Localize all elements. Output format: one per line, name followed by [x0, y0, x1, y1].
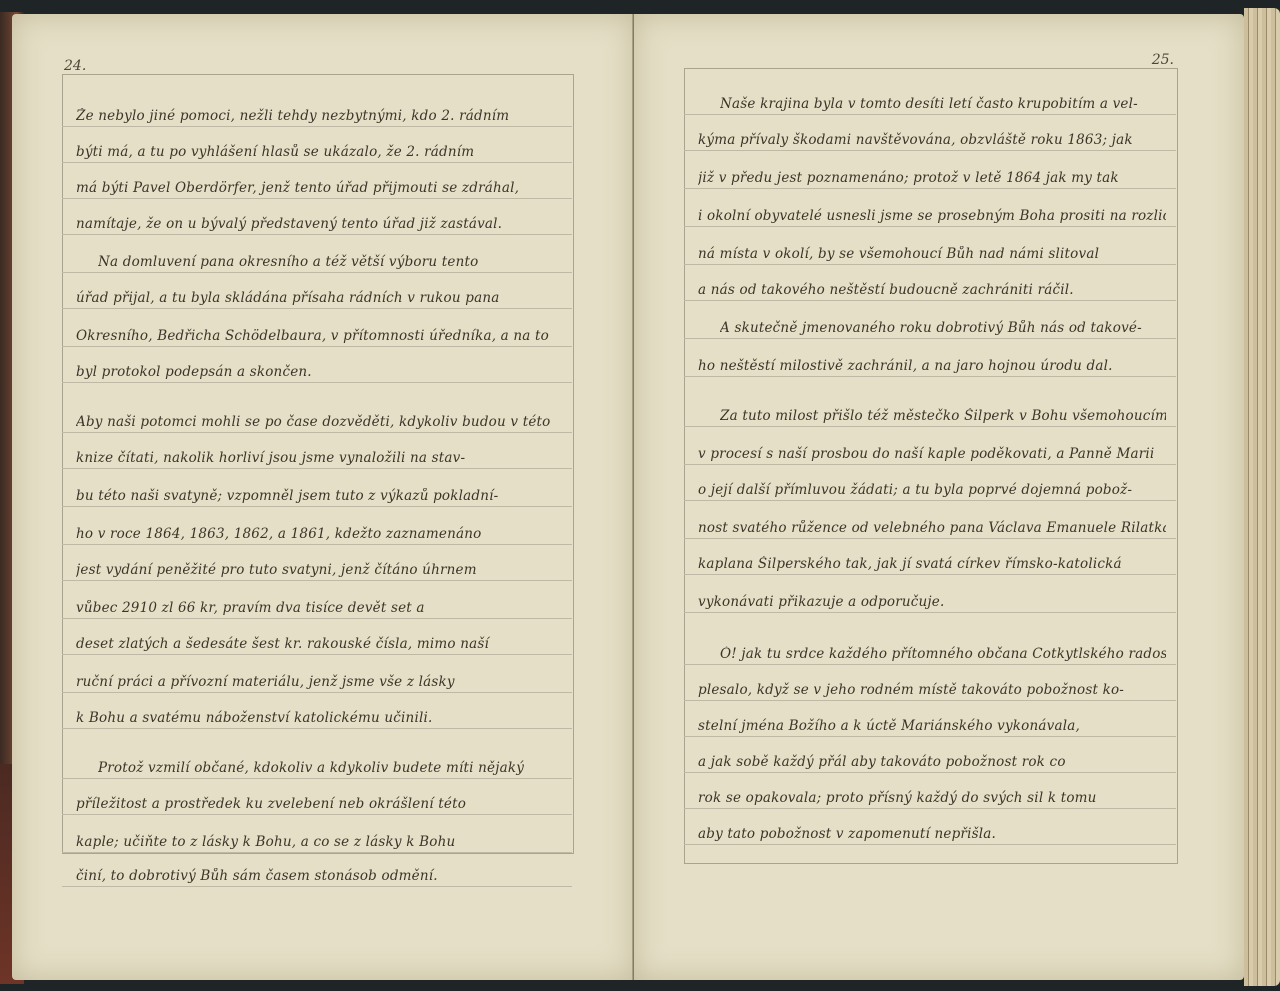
ruled-line — [684, 664, 1176, 665]
handwritten-line: v procesí s naší prosbou do naší kaple p… — [698, 446, 1166, 462]
ruled-line — [62, 382, 572, 383]
handwritten-line: Aby naši potomci mohli se po čase dozvěd… — [76, 414, 562, 430]
ruled-line — [62, 162, 572, 163]
handwritten-line: Okresního, Bedřicha Schödelbaura, v přít… — [76, 328, 562, 344]
ruled-line — [684, 772, 1176, 773]
handwritten-line: úřad přijal, a tu byla skládána přísaha … — [76, 290, 562, 306]
handwritten-line: a nás od takového neštěstí budoucně zach… — [698, 282, 1166, 298]
left-page: 24. Že nebylo jiné pomoci, nežli tehdy n… — [12, 14, 634, 980]
ruled-line — [684, 844, 1176, 845]
ruled-line — [62, 728, 572, 729]
handwritten-line: i okolní obyvatelé usnesli jsme se prose… — [698, 208, 1166, 224]
handwritten-line: Že nebylo jiné pomoci, nežli tehdy nezby… — [76, 108, 562, 124]
handwritten-line: má býti Pavel Oberdörfer, jenž tento úřa… — [76, 180, 562, 196]
ruled-line — [684, 338, 1176, 339]
handwritten-line: A skutečně jmenovaného roku dobrotivý Bů… — [720, 320, 1166, 336]
ruled-line — [62, 432, 572, 433]
ruled-line — [62, 618, 572, 619]
ruled-line — [684, 264, 1176, 265]
handwritten-line: jest vydání peněžité pro tuto svatyni, j… — [76, 562, 562, 578]
handwritten-line: Naše krajina byla v tomto desíti letí ča… — [720, 96, 1166, 112]
handwritten-line: bu této naši svatyně; vzpomněl jsem tuto… — [76, 488, 562, 504]
handwritten-line: rok se opakovala; proto přísný každý do … — [698, 790, 1166, 806]
handwritten-line: plesalo, když se v jeho rodném místě tak… — [698, 682, 1166, 698]
ruled-line — [62, 852, 572, 853]
ruled-line — [684, 700, 1176, 701]
handwritten-line: ho v roce 1864, 1863, 1862, a 1861, kdež… — [76, 526, 562, 542]
ruled-line — [684, 114, 1176, 115]
ruled-line — [62, 506, 572, 507]
handwritten-line: býti má, a tu po vyhlášení hlasů se ukáz… — [76, 144, 562, 160]
page-stack-edges — [1244, 8, 1280, 986]
handwritten-line: aby tato pobožnost v zapomenutí nepřišla… — [698, 826, 1166, 842]
handwritten-line: ná místa v okolí, by se všemohoucí Bůh n… — [698, 246, 1166, 262]
handwritten-line: již v předu jest poznamenáno; protož v l… — [698, 170, 1166, 186]
handwritten-line: činí, to dobrotivý Bůh sám časem stonáso… — [76, 868, 562, 884]
handwritten-line: Ó! jak tu srdce každého přítomného občan… — [720, 646, 1166, 662]
handwritten-line: kaple; učiňte to z lásky k Bohu, a co se… — [76, 834, 562, 850]
page-number: 24. — [64, 58, 86, 74]
ruled-line — [684, 376, 1176, 377]
handwritten-line: stelní jména Božího a k úctě Mariánského… — [698, 718, 1166, 734]
ruled-line — [62, 886, 572, 887]
ruled-line — [684, 500, 1176, 501]
handwritten-line: Na domluvení pana okresního a též větší … — [98, 254, 562, 270]
ruled-line — [62, 126, 572, 127]
ruled-line — [62, 814, 572, 815]
handwritten-line: příležitost a prostředek ku zvelebení ne… — [76, 796, 562, 812]
ruled-line — [684, 226, 1176, 227]
handwritten-line: kýma přívaly škodami navštěvována, obzvl… — [698, 132, 1166, 148]
ruled-line — [684, 574, 1176, 575]
ruled-line — [62, 778, 572, 779]
ruled-line — [62, 654, 572, 655]
ruled-line — [684, 426, 1176, 427]
right-page: 25. Naše krajina byla v tomto desíti let… — [634, 14, 1244, 980]
handwritten-line: nost svatého růžence od velebného pana V… — [698, 520, 1166, 536]
ruled-line — [62, 544, 572, 545]
handwritten-line: vůbec 2910 zl 66 kr, pravím dva tisíce d… — [76, 600, 562, 616]
ruled-line — [62, 198, 572, 199]
ruled-line — [684, 464, 1176, 465]
handwritten-line: k Bohu a svatému náboženství katolickému… — [76, 710, 562, 726]
ruled-line — [62, 580, 572, 581]
handwritten-line: kaplana Šilperského tak, jak jí svatá cí… — [698, 556, 1166, 572]
ruled-line — [684, 150, 1176, 151]
ruled-line — [684, 736, 1176, 737]
ruled-line — [62, 468, 572, 469]
ruled-line — [684, 300, 1176, 301]
ruled-line — [684, 188, 1176, 189]
handwritten-line: a jak sobě každý přál aby takováto pobož… — [698, 754, 1166, 770]
handwritten-line: deset zlatých a šedesáte šest kr. rakous… — [76, 636, 562, 652]
ruled-line — [62, 692, 572, 693]
handwritten-line: knize čítati, nakolik horliví jsou jsme … — [76, 450, 562, 466]
handwritten-line: vykonávati přikazuje a odporučuje. — [698, 594, 1166, 610]
handwritten-line: Protož vzmilí občané, kdokoliv a kdykoli… — [98, 760, 562, 776]
ruled-line — [62, 272, 572, 273]
handwritten-line: o její další přímluvou žádati; a tu byla… — [698, 482, 1166, 498]
handwritten-line: byl protokol podepsán a skončen. — [76, 364, 562, 380]
page-number: 25. — [1152, 52, 1174, 68]
ruled-line — [684, 612, 1176, 613]
handwritten-line: ho neštěstí milostivě zachránil, a na ja… — [698, 358, 1166, 374]
handwritten-line: namítaje, že on u bývalý představený ten… — [76, 216, 562, 232]
ruled-line — [62, 308, 572, 309]
ruled-line — [684, 808, 1176, 809]
ruled-line — [684, 538, 1176, 539]
handwritten-line: ruční práci a přívozní materiálu, jenž j… — [76, 674, 562, 690]
handwritten-line: Za tuto milost přišlo též městečko Šilpe… — [720, 408, 1166, 424]
ruled-line — [62, 346, 572, 347]
ruled-line — [62, 234, 572, 235]
